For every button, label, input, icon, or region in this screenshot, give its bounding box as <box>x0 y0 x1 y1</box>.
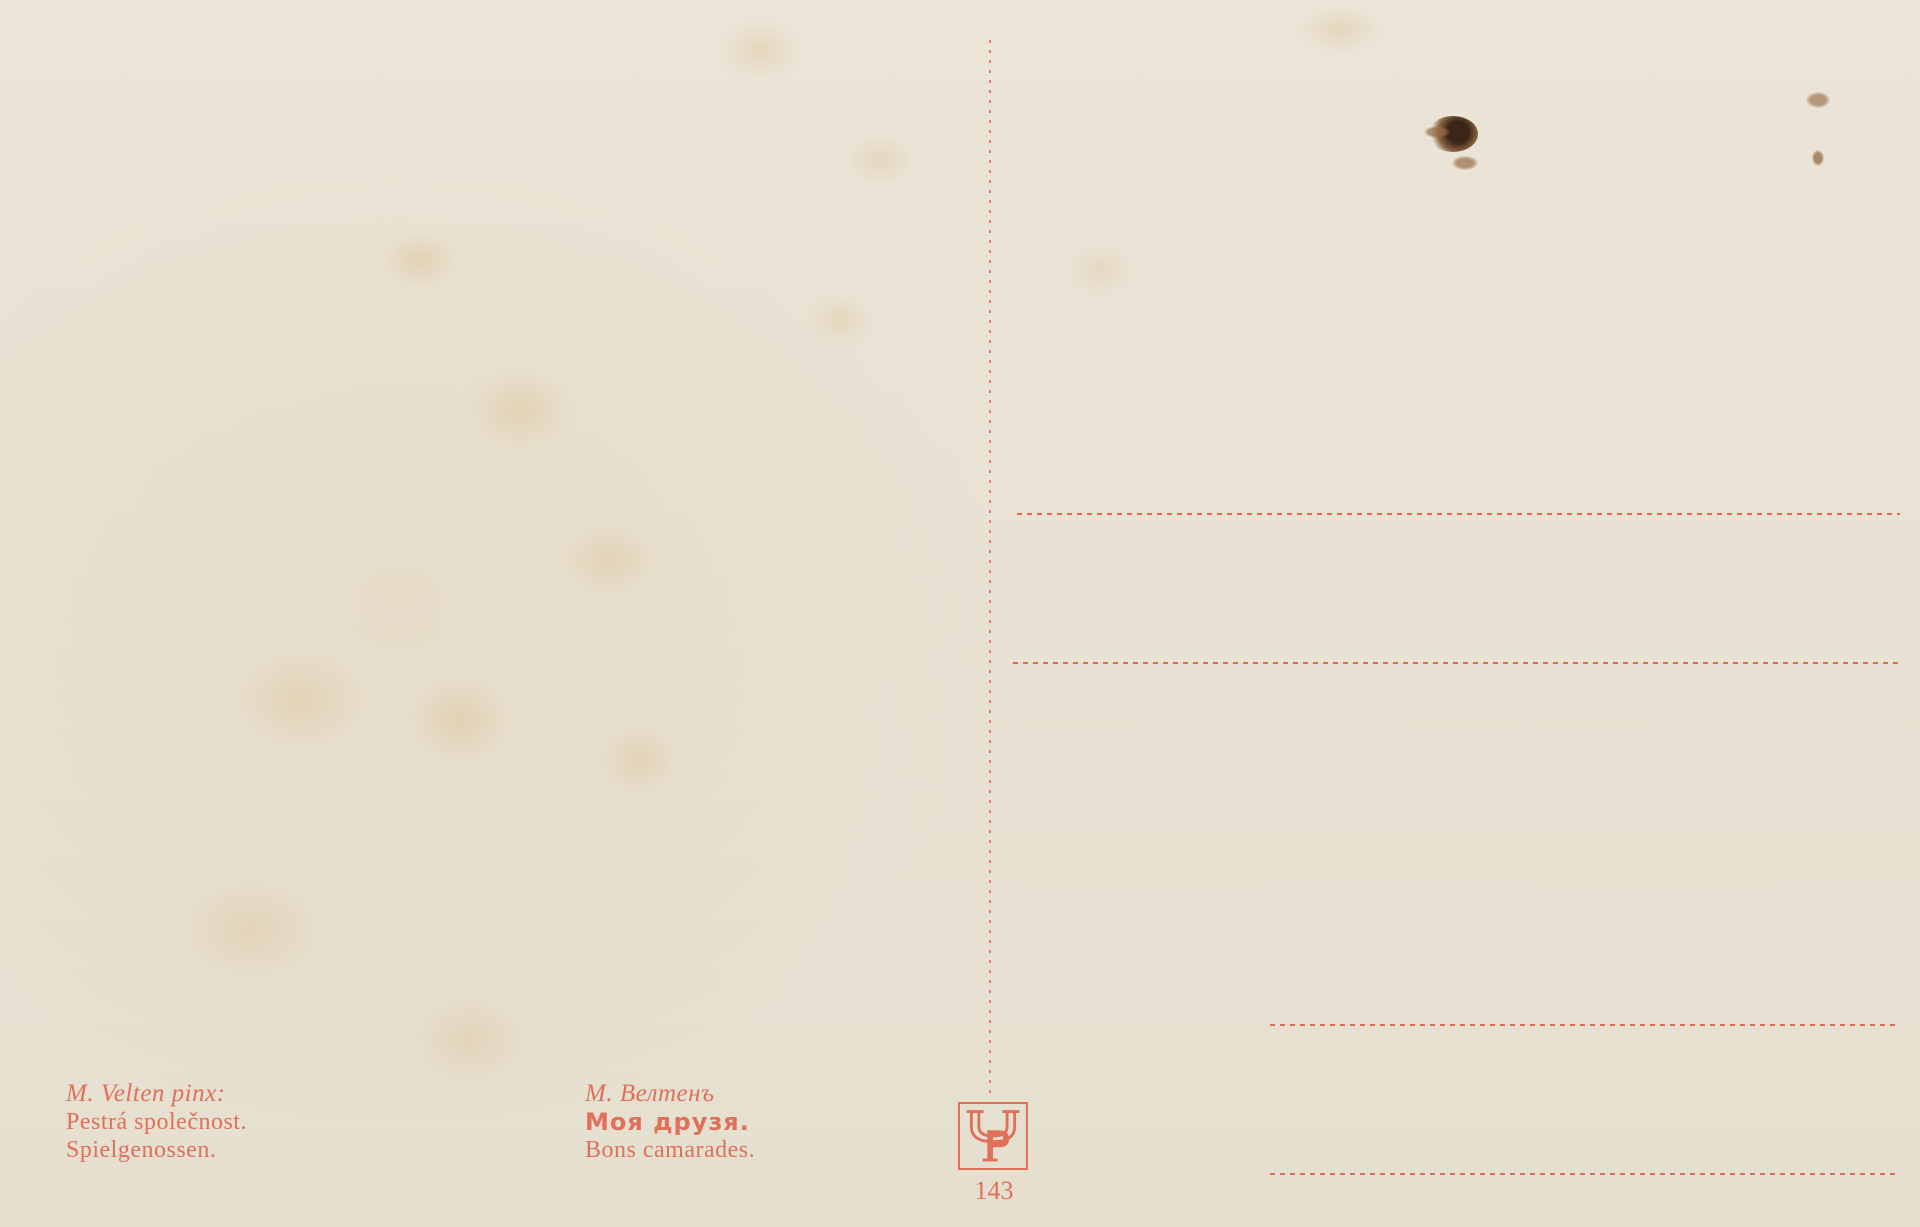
caption-middle: М. Велтенъ Моя друзя. Bons camarades. <box>585 1080 755 1164</box>
artist-credit: M. Velten pinx: <box>66 1080 247 1108</box>
title-german: Spielgenossen. <box>66 1136 247 1164</box>
serial-number: 143 <box>958 1176 1030 1206</box>
address-line-2[interactable] <box>1013 662 1900 664</box>
artist-credit-russian: М. Велтенъ <box>585 1080 755 1108</box>
title-french: Bons camarades. <box>585 1136 755 1164</box>
ink-stain-small <box>1424 126 1450 138</box>
address-line-4[interactable] <box>1270 1173 1900 1175</box>
ink-stain-small <box>1452 156 1478 170</box>
foxing-spot <box>1812 150 1824 166</box>
title-russian: Моя друзя. <box>585 1108 755 1136</box>
foxing-spot <box>1806 92 1830 108</box>
title-czech: Pestrá společnost. <box>66 1108 247 1136</box>
address-line-1[interactable] <box>1017 513 1900 515</box>
caption-left: M. Velten pinx: Pestrá společnost. Spiel… <box>66 1080 247 1164</box>
vertical-divider <box>989 40 991 1098</box>
publisher-logo-icon <box>958 1102 1028 1170</box>
address-line-3[interactable] <box>1270 1024 1900 1026</box>
postcard-back: M. Velten pinx: Pestrá společnost. Spiel… <box>0 0 1920 1227</box>
